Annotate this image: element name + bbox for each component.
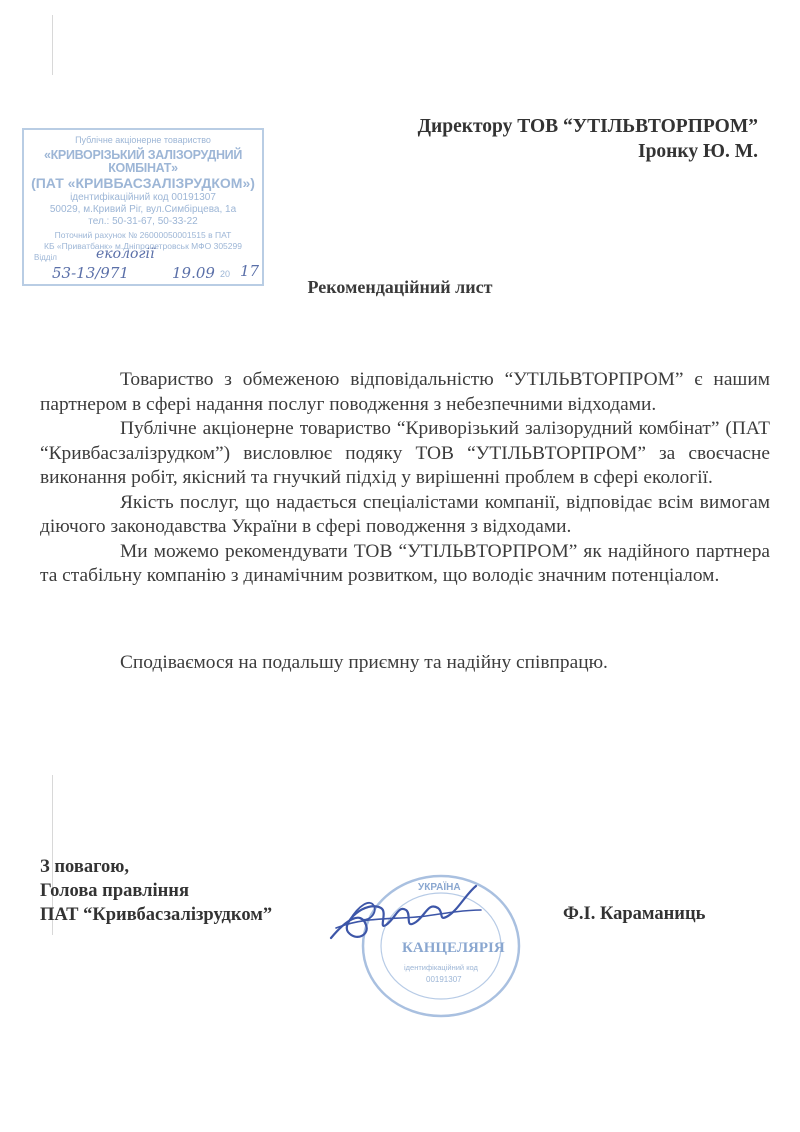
stamp-dept-label: Відділ xyxy=(34,254,57,262)
addressee-name: Іронку Ю. М. xyxy=(418,139,758,164)
scan-edge-line-top xyxy=(52,15,53,75)
letter-body: Товариство з обмеженою відповідальністю … xyxy=(40,368,770,589)
paragraph: Товариство з обмеженою відповідальністю … xyxy=(40,368,770,417)
signoff-block: З повагою, Голова правління ПАТ “Кривбас… xyxy=(40,855,272,927)
stamp-company-name: «КРИВОРІЗЬКИЙ ЗАЛІЗОРУДНИЙ КОМБІНАТ» xyxy=(24,149,262,174)
addressee-position: Директору ТОВ “УТІЛЬВТОРПРОМ” xyxy=(418,114,758,139)
signoff-company: ПАТ “Кривбасзалізрудком” xyxy=(40,903,272,927)
signer-name: Ф.І. Караманиць xyxy=(563,904,705,925)
closing-line: Сподіваємося на подальшу приємну та наді… xyxy=(40,652,780,674)
signoff-position: Голова правління xyxy=(40,879,272,903)
stamp-line: ідентифікаційний код 00191307 xyxy=(24,193,262,203)
handwritten-dept: екології xyxy=(96,247,154,261)
stamp-account: Поточний рахунок № 26000050001515 в ПАТ xyxy=(24,231,262,240)
signoff-greeting: З повагою, xyxy=(40,855,272,879)
stamp-company-short: (ПАТ «КРИВБАСЗАЛІЗРУДКОМ») xyxy=(24,176,262,190)
stamp-line: Публічне акціонерне товариство xyxy=(24,136,262,145)
stamp-phone: тел.: 50-31-67, 50-33-22 xyxy=(24,217,262,227)
seal-code: 00191307 xyxy=(426,975,462,984)
paragraph: Ми можемо рекомендувати ТОВ “УТІЛЬВТОРПР… xyxy=(40,540,770,589)
letter-title: Рекомендаційний лист xyxy=(0,277,800,298)
signature-icon xyxy=(326,880,486,950)
stamp-address: 50029, м.Кривий Ріг, вул.Симбірцева, 1а xyxy=(24,205,262,215)
paragraph: Публічне акціонерне товариство “Криворіз… xyxy=(40,417,770,491)
addressee-block: Директору ТОВ “УТІЛЬВТОРПРОМ” Іронку Ю. … xyxy=(418,114,758,164)
paragraph: Якість послуг, що надається спеціалістам… xyxy=(40,491,770,540)
registration-stamp: Публічне акціонерне товариство «КРИВОРІЗ… xyxy=(22,128,264,286)
seal-code-label: ідентифікаційний код xyxy=(404,963,479,972)
